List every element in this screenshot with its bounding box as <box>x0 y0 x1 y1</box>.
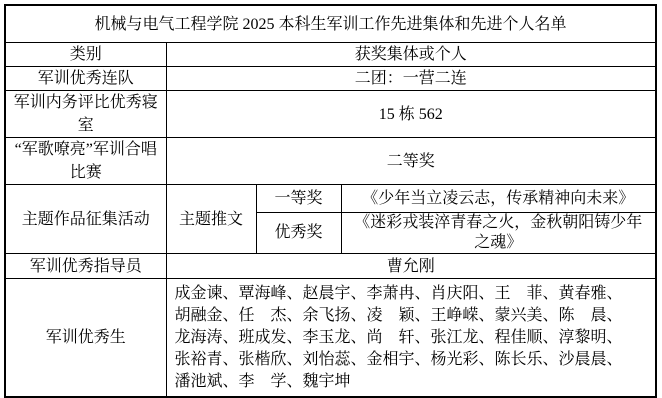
excellent-company-label: 军训优秀连队 <box>5 67 166 91</box>
excellent-dorm-value: 15 栋 562 <box>166 91 656 138</box>
table-row: 军训内务评比优秀寝室 15 栋 562 <box>5 91 656 138</box>
table-row: “军歌嘹亮”军训合唱比赛 二等奖 <box>5 138 656 185</box>
students-name-line: 成金谏、覃海峰、赵晨宇、李萧冉、肖庆阳、王 菲、黄春雅、 <box>175 283 650 305</box>
excellent-students-names: 成金谏、覃海峰、赵晨宇、李萧冉、肖庆阳、王 菲、黄春雅、 胡融金、任 杰、余飞扬… <box>166 279 656 396</box>
students-name-line: 胡融金、任 杰、余飞扬、凌 颖、王峥嵘、蒙兴美、陈 晨、 <box>175 305 650 327</box>
awards-table: 机械与电气工程学院 2025 本科生军训工作先进集体和先进个人名单 类别 获奖集… <box>4 4 657 395</box>
excellent-company-value: 二团：一营二连 <box>166 67 656 91</box>
instructor-label: 军训优秀指导员 <box>5 254 166 279</box>
theme-activity-sublabel: 主题推文 <box>166 185 256 254</box>
table-row: 主题作品征集活动 主题推文 一等奖 《少年当立凌云志，传承精神向未来》 <box>5 185 656 213</box>
choir-contest-label: “军歌嘹亮”军训合唱比赛 <box>5 138 166 185</box>
excellent-students-label: 军训优秀生 <box>5 279 166 396</box>
excellence-prize-work: 《迷彩戎装淬青春之火，金秋朝阳铸少年之魂》 <box>341 213 656 254</box>
document-title: 机械与电气工程学院 2025 本科生军训工作先进集体和先进个人名单 <box>5 5 656 43</box>
table-row: 军训优秀生 成金谏、覃海峰、赵晨宇、李萧冉、肖庆阳、王 菲、黄春雅、 胡融金、任… <box>5 279 656 396</box>
table-row: 军训优秀指导员 曹允刚 <box>5 254 656 279</box>
theme-activity-label: 主题作品征集活动 <box>5 185 166 254</box>
table-row: 类别 获奖集体或个人 <box>5 43 656 67</box>
choir-contest-value: 二等奖 <box>166 138 656 185</box>
students-name-line: 龙海涛、班成发、李玉龙、尚 轩、张江龙、程佳顺、淳黎明、 <box>175 327 650 349</box>
students-name-line: 张裕青、张楷欣、刘怡蕊、金相宇、杨光彩、陈长乐、沙晨晨、 <box>175 349 650 371</box>
students-name-line: 潘池斌、李 学、魏宇坤 <box>175 371 650 393</box>
header-category-cell: 类别 <box>5 43 166 67</box>
first-prize-work: 《少年当立凌云志，传承精神向未来》 <box>341 185 656 213</box>
header-awardee-cell: 获奖集体或个人 <box>166 43 656 67</box>
excellent-dorm-label: 军训内务评比优秀寝室 <box>5 91 166 138</box>
table-row: 军训优秀连队 二团：一营二连 <box>5 67 656 91</box>
instructor-value: 曹允刚 <box>166 254 656 279</box>
table-row: 机械与电气工程学院 2025 本科生军训工作先进集体和先进个人名单 <box>5 5 656 43</box>
first-prize-label: 一等奖 <box>256 185 341 213</box>
excellence-prize-label: 优秀奖 <box>256 213 341 254</box>
